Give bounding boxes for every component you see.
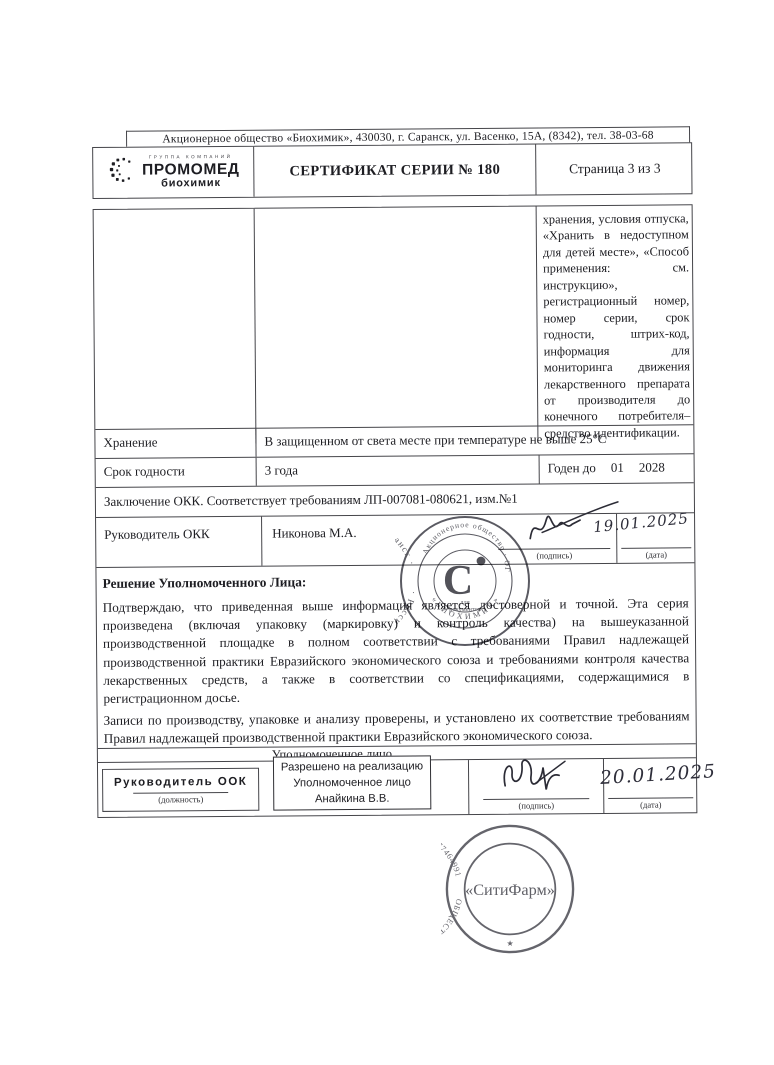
authorized-date-caption: (дата)	[608, 799, 693, 810]
logo-group-caption: ГРУППА КОМПАНИЙ	[149, 155, 233, 160]
authorized-signature-block: (подпись)	[483, 798, 589, 811]
sitifarm-stamp-ring-text: ОБЩЕСТВО С ОГРАНИЧЕННОЙ ОТВЕТСТВЕННОСТЬЮ…	[441, 820, 464, 950]
position-box: Руководитель ООК (должность)	[102, 768, 259, 812]
biokhimik-stamp-dot	[477, 557, 486, 566]
continuation-text: хранения, условия отпуска, «Хранить в не…	[537, 205, 696, 442]
shelf-life-label: Срок годности	[96, 458, 257, 487]
release-line-3: Анайкина В.В.	[315, 791, 390, 808]
promomed-logo: ГРУППА КОМПАНИЙ ПРОМОМЕД биохимик	[107, 151, 240, 193]
authorized-signature-icon	[491, 753, 581, 798]
empty-value-cell	[255, 207, 539, 445]
storage-value: В защищенном от света месте при температ…	[256, 425, 695, 456]
okk-head-label: Руководитель ОКК	[96, 517, 262, 567]
valid-until-year: 2028	[639, 460, 665, 483]
authorized-date-block: (дата)	[608, 797, 693, 810]
okk-date-cell: 19.01.2025 (дата)	[617, 513, 696, 563]
certificate-sheet: Акционерное общество «Биохимик», 430030,…	[92, 126, 697, 818]
sitifarm-stamp-center-text: «СитиФарм»	[465, 881, 555, 899]
continuation-row: хранения, условия отпуска, «Хранить в не…	[94, 205, 694, 429]
logo-brand: ПРОМОМЕД	[142, 161, 240, 177]
biokhimik-stamp-caption-1: для	[460, 599, 469, 606]
logo-division: биохимик	[161, 178, 221, 189]
gap-cell	[259, 762, 273, 816]
biokhimik-stamp-center-letter: С	[443, 558, 473, 604]
sitifarm-stamp: ОБЩЕСТВО С ОГРАНИЧЕННОЙ ОТВЕТСТВЕННОСТЬЮ…	[441, 820, 579, 958]
position-cell: Руководитель ООК (должность)	[98, 762, 259, 817]
authorized-person-row: Руководитель ООК (должность) Разрешено н…	[98, 758, 696, 817]
certificate-header: ГРУППА КОМПАНИЙ ПРОМОМЕД биохимик СЕРТИФ…	[92, 142, 692, 199]
empty-label-cell	[94, 209, 257, 446]
position-label: Руководитель ООК	[114, 775, 247, 788]
svg-text:ОБЩЕСТВО С ОГРАНИЧЕННОЙ ОТВЕТС: ОБЩЕСТВО С ОГРАНИЧЕННОЙ ОТВЕТСТВЕННОСТЬЮ…	[441, 820, 464, 950]
logo-text: ГРУППА КОМПАНИЙ ПРОМОМЕД биохимик	[142, 155, 240, 190]
promomed-logo-icon	[107, 152, 137, 193]
logo-cell: ГРУППА КОМПАНИЙ ПРОМОМЕД биохимик	[93, 147, 254, 198]
valid-until-month: 01	[611, 460, 624, 483]
shelf-life-value: 3 года	[257, 456, 539, 486]
biokhimik-stamp-outer-ring-text: · Российская Федерация · Республика Морд…	[395, 518, 419, 644]
okk-date-caption: (дата)	[621, 549, 691, 560]
storage-row: Хранение В защищенном от света месте при…	[95, 424, 693, 458]
okk-date-block: (дата)	[621, 547, 691, 560]
release-cell: Разрешено на реализацию Уполномоченное л…	[273, 760, 431, 815]
valid-until-cell: Годен до 01 2028	[539, 454, 696, 483]
storage-label: Хранение	[95, 429, 256, 458]
spacer-cell	[431, 760, 469, 814]
release-line-1: Разрешено на реализацию	[281, 758, 423, 775]
certificate-title: СЕРТИФИКАТ СЕРИИ № 180	[254, 145, 536, 197]
sitifarm-stamp-star: ★	[506, 939, 513, 948]
authorized-date-cell: 20.01.2025 (дата)	[604, 758, 698, 813]
authorized-signature-caption: (подпись)	[483, 800, 589, 811]
decision-paragraph-2: Записи по производству, упаковке и анали…	[104, 708, 690, 749]
okk-head-name: Никонова М.А.	[272, 525, 357, 541]
release-line-2: Уполномоченное лицо	[293, 775, 411, 792]
shelf-life-row: Срок годности 3 года Годен до 01 2028	[96, 453, 694, 487]
page-indicator: Страница 3 из 3	[536, 143, 693, 194]
svg-text:· Российская Федерация · Респу: · Российская Федерация · Республика Морд…	[395, 518, 419, 644]
biokhimik-stamp: · Российская Федерация · Республика Морд…	[395, 511, 535, 651]
position-caption: (должность)	[158, 794, 203, 804]
valid-until-label: Годен до	[548, 460, 596, 483]
authorized-handwritten-date: 20.01.2025	[600, 761, 717, 789]
biokhimik-stamp-caption-2: документов	[449, 606, 481, 613]
release-box: Разрешено на реализацию Уполномоченное л…	[273, 755, 431, 810]
authorized-signature-cell: (подпись)	[469, 759, 604, 814]
